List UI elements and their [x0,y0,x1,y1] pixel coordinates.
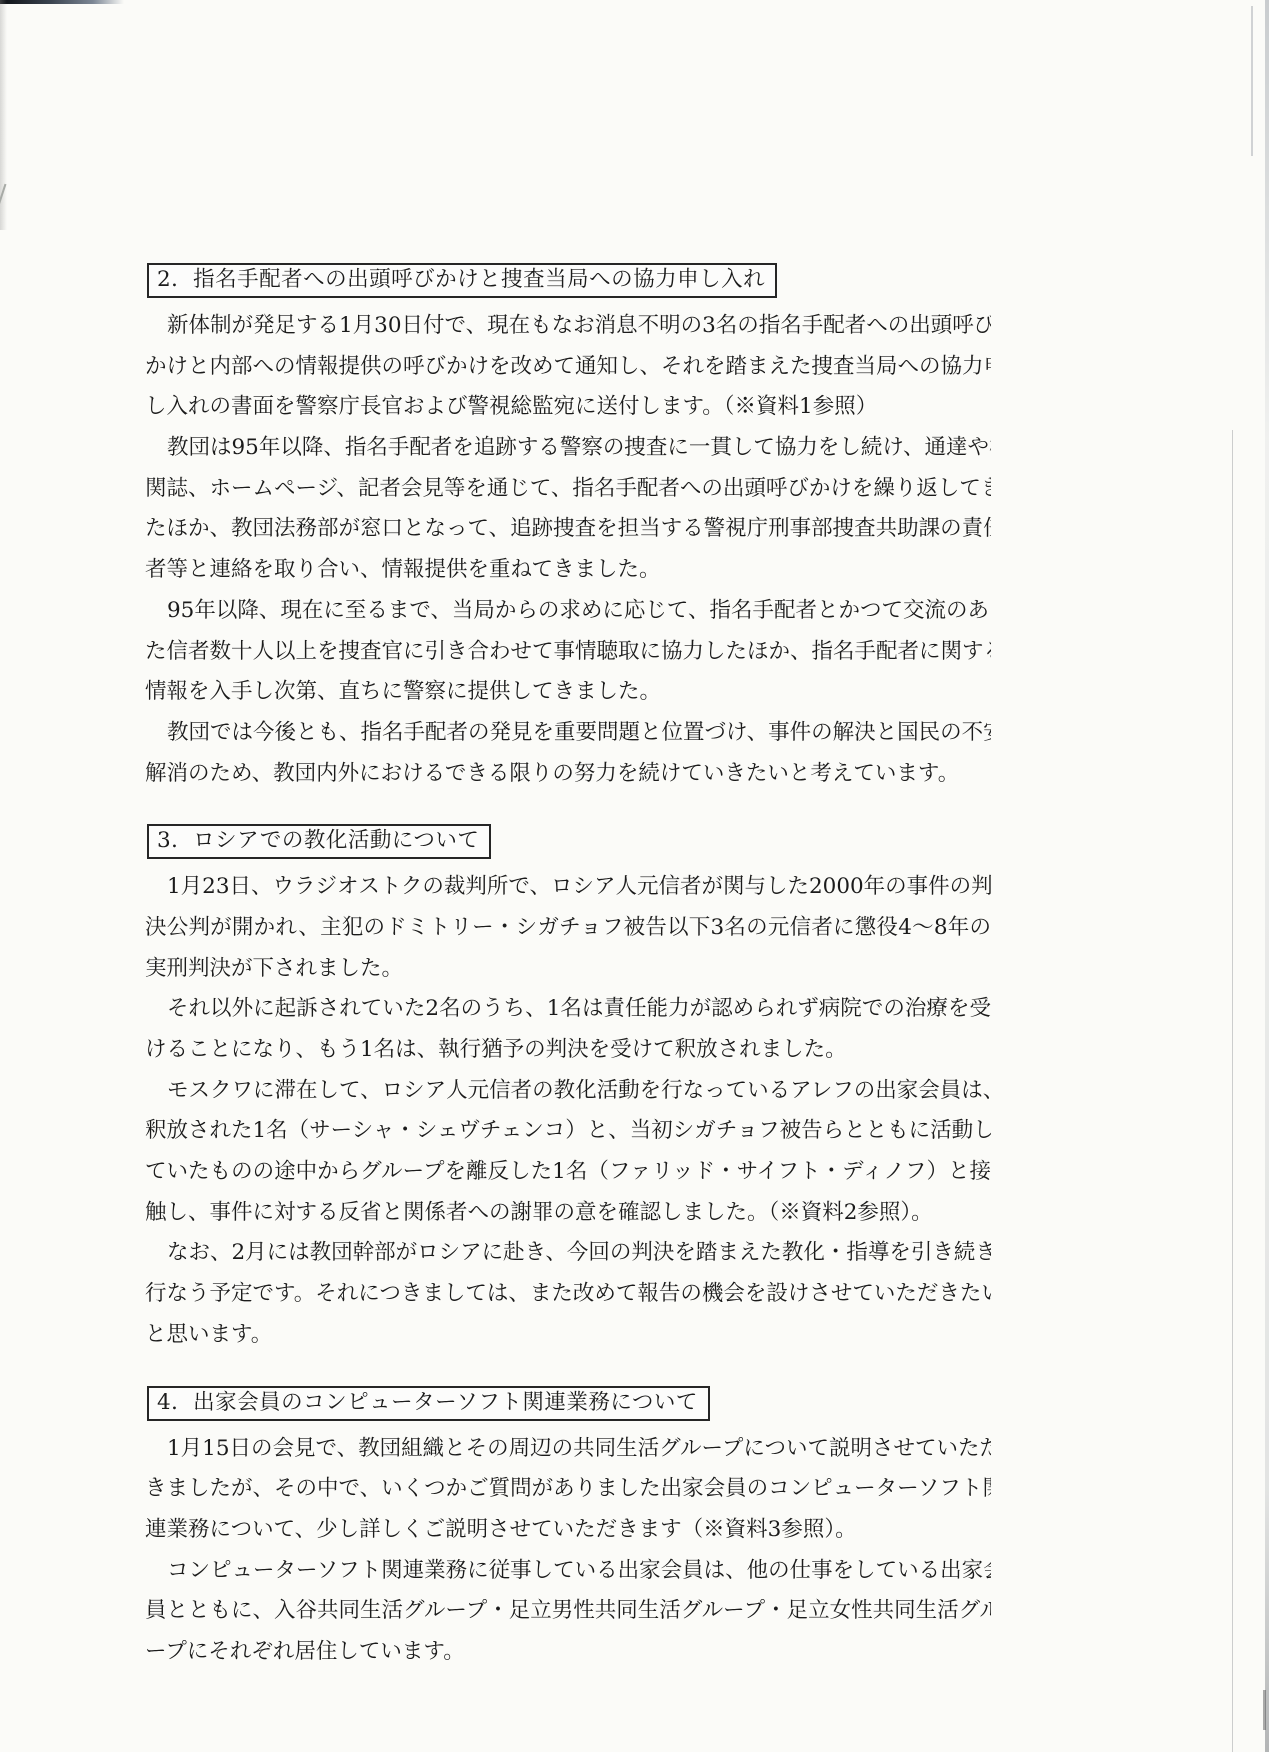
text-line: コンピューターソフト関連業務に従事している出家会員は、他の仕事をしている出家会 [145,1551,991,1592]
text-line: 情報を入手し次第、直ちに警察に提供してきました。 [145,672,991,713]
text-line: 実刑判決が下されました。 [145,949,991,990]
paragraph: コンピューターソフト関連業務に従事している出家会員は、他の仕事をしている出家会 … [145,1551,991,1673]
text-line: ていたものの途中からグループを離反した1名（ファリッド・サイフト・ディノフ）と接 [145,1152,991,1193]
section-russia-activities: 3．ロシアでの教化活動について 1月23日、ウラジオストクの裁判所で、ロシア人元… [145,824,991,1355]
text-line: 行なう予定です。それにつきましては、また改めて報告の機会を設けさせていただきたい [145,1274,991,1315]
text-line: 教団は95年以降、指名手配者を追跡する警察の捜査に一貫して協力をし続け、通達や機 [145,428,991,469]
text-line: それ以外に起訴されていた2名のうち、1名は責任能力が認められず病院での治療を受 [145,989,991,1030]
text-line: た信者数十人以上を捜査官に引き合わせて事情聴取に協力したほか、指名手配者に関する [145,632,991,673]
paragraph: 新体制が発足する1月30日付で、現在もなお消息不明の3名の指名手配者への出頭呼び… [145,306,991,428]
paragraph: 教団では今後とも、指名手配者の発見を重要問題と位置づけ、事件の解決と国民の不安 … [145,713,991,794]
text-line: 釈放された1名（サーシャ・シェヴチェンコ）と、当初シガチョフ被告らとともに活動し [145,1111,991,1152]
paragraph: それ以外に起訴されていた2名のうち、1名は責任能力が認められず病院での治療を受 … [145,989,991,1070]
scan-artifact-right-top-line [1251,6,1253,156]
section-heading-text: 3．ロシアでの教化活動について [157,828,479,853]
text-line: し入れの書面を警察庁長官および警視総監宛に送付します。（※資料1参照） [145,387,991,428]
text-line: 95年以降、現在に至るまで、当局からの求めに応じて、指名手配者とかつて交流のあっ [145,591,991,632]
text-line: たほか、教団法務部が窓口となって、追跡捜査を担当する警視庁刑事部捜査共助課の責任 [145,509,991,550]
text-line: なお、2月には教団幹部がロシアに赴き、今回の判決を踏まえた教化・指導を引き続き [145,1233,991,1274]
scanned-document-page: 2．指名手配者への出頭呼びかけと捜査当局への協力申し入れ 新体制が発足する1月3… [0,0,1269,1752]
section-wanted-persons: 2．指名手配者への出頭呼びかけと捜査当局への協力申し入れ 新体制が発足する1月3… [145,263,991,794]
text-line: かけと内部への情報提供の呼びかけを改めて通知し、それを踏まえた捜査当局への協力申 [145,347,991,388]
scan-artifact-right-edge [1265,0,1269,1752]
scan-artifact-bottom-right-mark [1263,1690,1266,1730]
text-line: と思います。 [145,1315,991,1356]
scan-artifact-vertical-line [1232,430,1233,1752]
section-heading-box: 2．指名手配者への出頭呼びかけと捜査当局への協力申し入れ [147,263,777,298]
text-line: 1月15日の会見で、教団組織とその周辺の共同生活グループについて説明させていただ [145,1429,991,1470]
section-heading-text: 2．指名手配者への出頭呼びかけと捜査当局への協力申し入れ [157,267,765,292]
text-line: 決公判が開かれ、主犯のドミトリー・シガチョフ被告以下3名の元信者に懲役4～8年の [145,908,991,949]
section-heading-text: 4．出家会員のコンピューターソフト関連業務について [157,1390,698,1415]
paragraph: 95年以降、現在に至るまで、当局からの求めに応じて、指名手配者とかつて交流のあっ… [145,591,991,713]
text-line: 触し、事件に対する反省と関係者への謝罪の意を確認しました。（※資料2参照）。 [145,1193,991,1234]
text-line: 教団では今後とも、指名手配者の発見を重要問題と位置づけ、事件の解決と国民の不安 [145,713,991,754]
text-line: きましたが、その中で、いくつかご質問がありました出家会員のコンピューターソフト関 [145,1469,991,1510]
text-line: 関誌、ホームページ、記者会見等を通じて、指名手配者への出頭呼びかけを繰り返してき [145,469,991,510]
text-line: 員とともに、入谷共同生活グループ・足立男性共同生活グループ・足立女性共同生活グル [145,1591,991,1632]
text-line: 者等と連絡を取り合い、情報提供を重ねてきました。 [145,550,991,591]
section-computer-software: 4．出家会員のコンピューターソフト関連業務について 1月15日の会見で、教団組織… [145,1386,991,1673]
paragraph: 1月15日の会見で、教団組織とその周辺の共同生活グループについて説明させていただ… [145,1429,991,1551]
section-heading-box: 4．出家会員のコンピューターソフト関連業務について [147,1386,710,1421]
scan-artifact-top-edge [0,0,124,4]
text-line: モスクワに滞在して、ロシア人元信者の教化活動を行なっているアレフの出家会員は、 [145,1071,991,1112]
text-line: 解消のため、教団内外におけるできる限りの努力を続けていきたいと考えています。 [145,754,991,795]
document-content: 2．指名手配者への出頭呼びかけと捜査当局への協力申し入れ 新体制が発足する1月3… [145,263,991,1673]
text-line: 1月23日、ウラジオストクの裁判所で、ロシア人元信者が関与した2000年の事件の… [145,867,991,908]
section-heading-box: 3．ロシアでの教化活動について [147,824,491,859]
text-line: けることになり、もう1名は、執行猶予の判決を受けて釈放されました。 [145,1030,991,1071]
text-line: 連業務について、少し詳しくご説明させていただきます（※資料3参照）。 [145,1510,991,1551]
text-line: ープにそれぞれ居住しています。 [145,1632,991,1673]
text-line: 新体制が発足する1月30日付で、現在もなお消息不明の3名の指名手配者への出頭呼び [145,306,991,347]
paragraph: モスクワに滞在して、ロシア人元信者の教化活動を行なっているアレフの出家会員は、 … [145,1071,991,1234]
paragraph: なお、2月には教団幹部がロシアに赴き、今回の判決を踏まえた教化・指導を引き続き … [145,1233,991,1355]
paragraph: 教団は95年以降、指名手配者を追跡する警察の捜査に一貫して協力をし続け、通達や機… [145,428,991,591]
paragraph: 1月23日、ウラジオストクの裁判所で、ロシア人元信者が関与した2000年の事件の… [145,867,991,989]
